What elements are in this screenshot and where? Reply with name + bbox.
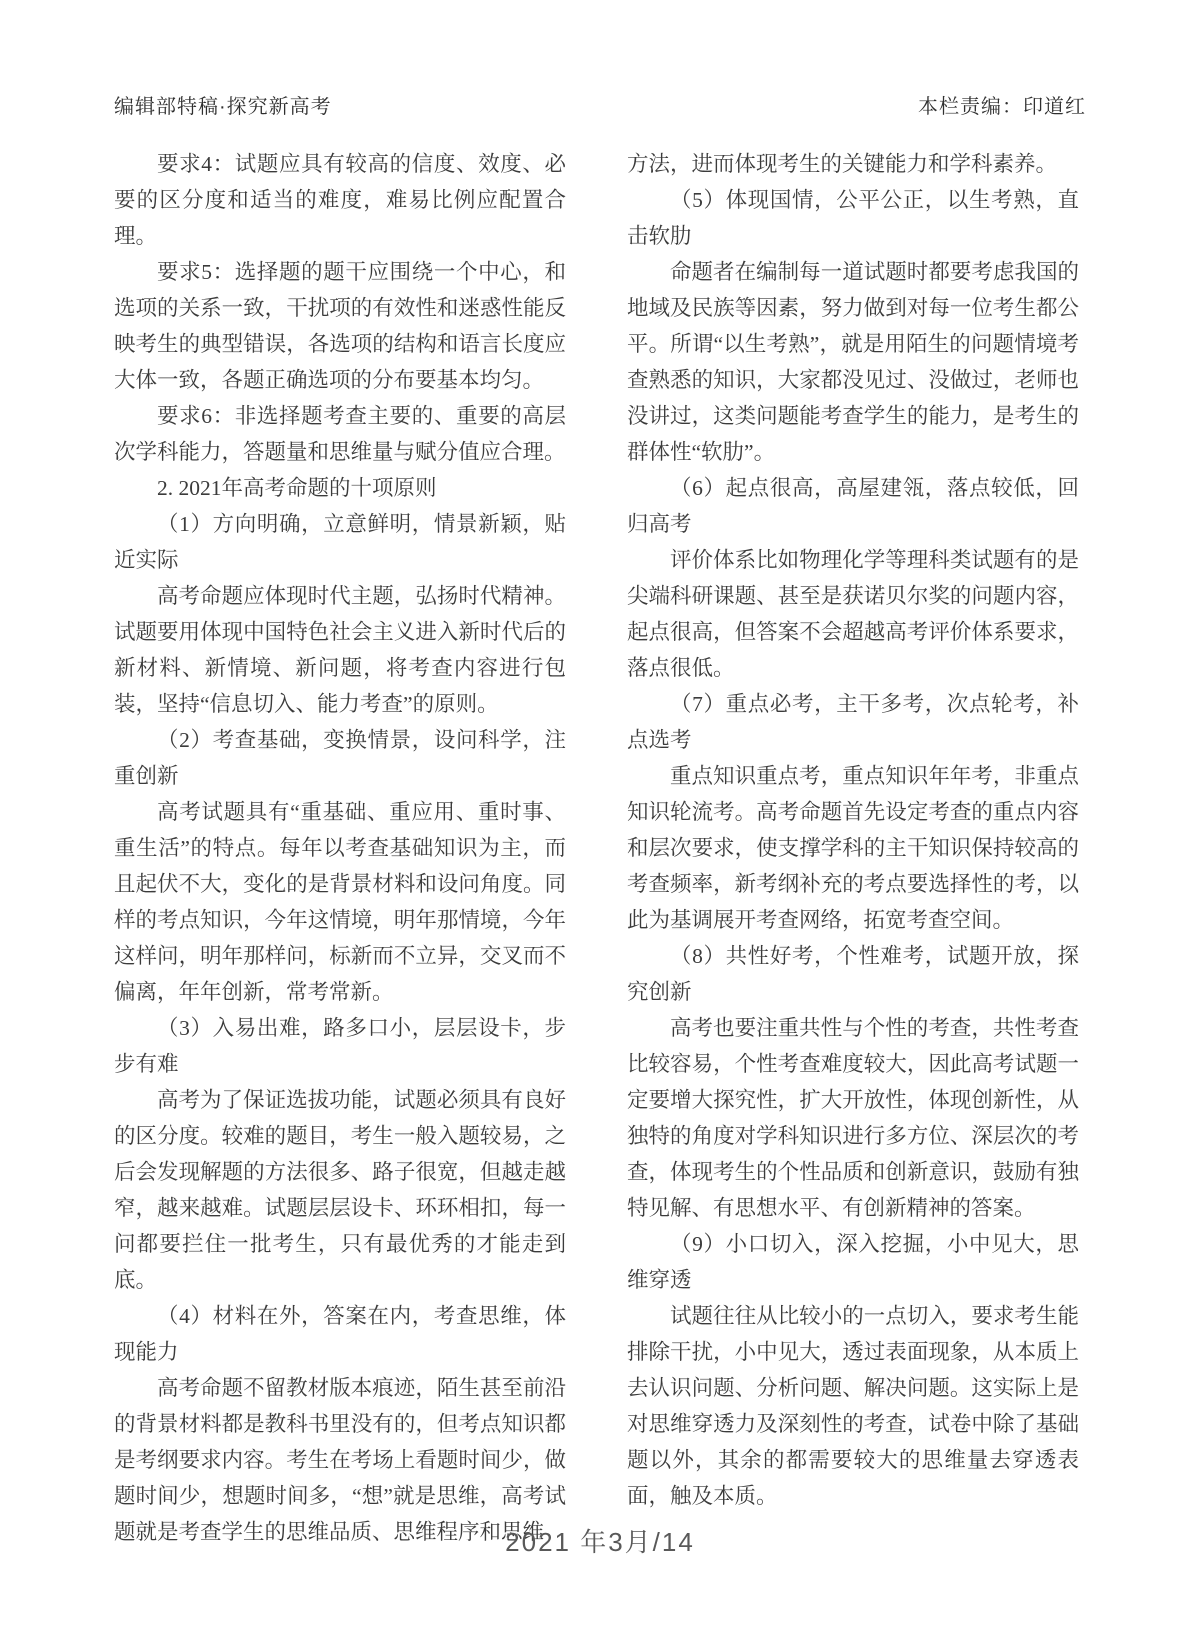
- page-header: 编辑部特稿·探究新高考 本栏责编：印道红: [114, 90, 1086, 119]
- subheading: （7）重点必考，主干多考，次点轮考，补点选考: [627, 686, 1079, 758]
- subheading: （4）材料在外，答案在内，考查思维，体现能力: [114, 1298, 566, 1370]
- paragraph: 评价体系比如物理化学等理科类试题有的是尖端科研课题、甚至是获诺贝尔奖的问题内容，…: [627, 542, 1079, 686]
- paragraph: 试题往往从比较小的一点切入，要求考生能排除干扰，小中见大，透过表面现象，从本质上…: [627, 1298, 1079, 1514]
- subheading: （5）体现国情，公平公正，以生考熟，直击软肋: [627, 182, 1079, 254]
- left-column: 要求4：试题应具有较高的信度、效度、必要的区分度和适当的难度，难易比例应配置合理…: [114, 146, 566, 1550]
- paragraph: 要求5：选择题的题干应围绕一个中心，和选项的关系一致，干扰项的有效性和迷惑性能反…: [114, 254, 566, 398]
- paragraph: 要求4：试题应具有较高的信度、效度、必要的区分度和适当的难度，难易比例应配置合理…: [114, 146, 566, 254]
- page-footer: 2021 年3月/14: [0, 1522, 1200, 1559]
- subheading: （9）小口切入，深入挖掘，小中见大，思维穿透: [627, 1226, 1079, 1298]
- paragraph-continuation: 方法，进而体现考生的关键能力和学科素养。: [627, 146, 1079, 182]
- subheading: （3）入易出难，路多口小，层层设卡，步步有难: [114, 1010, 566, 1082]
- paragraph: 高考命题应体现时代主题，弘扬时代精神。试题要用体现中国特色社会主义进入新时代后的…: [114, 578, 566, 722]
- article-body: 要求4：试题应具有较高的信度、效度、必要的区分度和适当的难度，难易比例应配置合理…: [114, 146, 1080, 1550]
- header-section-label: 编辑部特稿·探究新高考: [114, 90, 332, 119]
- document-page: 编辑部特稿·探究新高考 本栏责编：印道红 要求4：试题应具有较高的信度、效度、必…: [0, 0, 1200, 1628]
- subheading: （1）方向明确，立意鲜明，情景新颖，贴近实际: [114, 506, 566, 578]
- subheading: （6）起点很高，高屋建瓴，落点较低，回归高考: [627, 470, 1079, 542]
- subheading: （8）共性好考，个性难考，试题开放，探究创新: [627, 938, 1079, 1010]
- paragraph: 重点知识重点考，重点知识年年考，非重点知识轮流考。高考命题首先设定考查的重点内容…: [627, 758, 1079, 938]
- right-column: 方法，进而体现考生的关键能力和学科素养。 （5）体现国情，公平公正，以生考熟，直…: [627, 146, 1079, 1550]
- paragraph: 高考也要注重共性与个性的考查，共性考查比较容易，个性考查难度较大，因此高考试题一…: [627, 1010, 1079, 1226]
- paragraph: 高考为了保证选拔功能，试题必须具有良好的区分度。较难的题目，考生一般入题较易，之…: [114, 1082, 566, 1298]
- page-number: 2021 年3月/14: [505, 1527, 695, 1557]
- subheading: （2）考查基础，变换情景，设问科学，注重创新: [114, 722, 566, 794]
- header-editor-label: 本栏责编：印道红: [918, 90, 1086, 119]
- section-heading: 2. 2021年高考命题的十项原则: [114, 470, 566, 506]
- paragraph: 命题者在编制每一道试题时都要考虑我国的地域及民族等因素，努力做到对每一位考生都公…: [627, 254, 1079, 470]
- paragraph: 高考试题具有“重基础、重应用、重时事、重生活”的特点。每年以考查基础知识为主，而…: [114, 794, 566, 1010]
- paragraph: 要求6：非选择题考查主要的、重要的高层次学科能力，答题量和思维量与赋分值应合理。: [114, 398, 566, 470]
